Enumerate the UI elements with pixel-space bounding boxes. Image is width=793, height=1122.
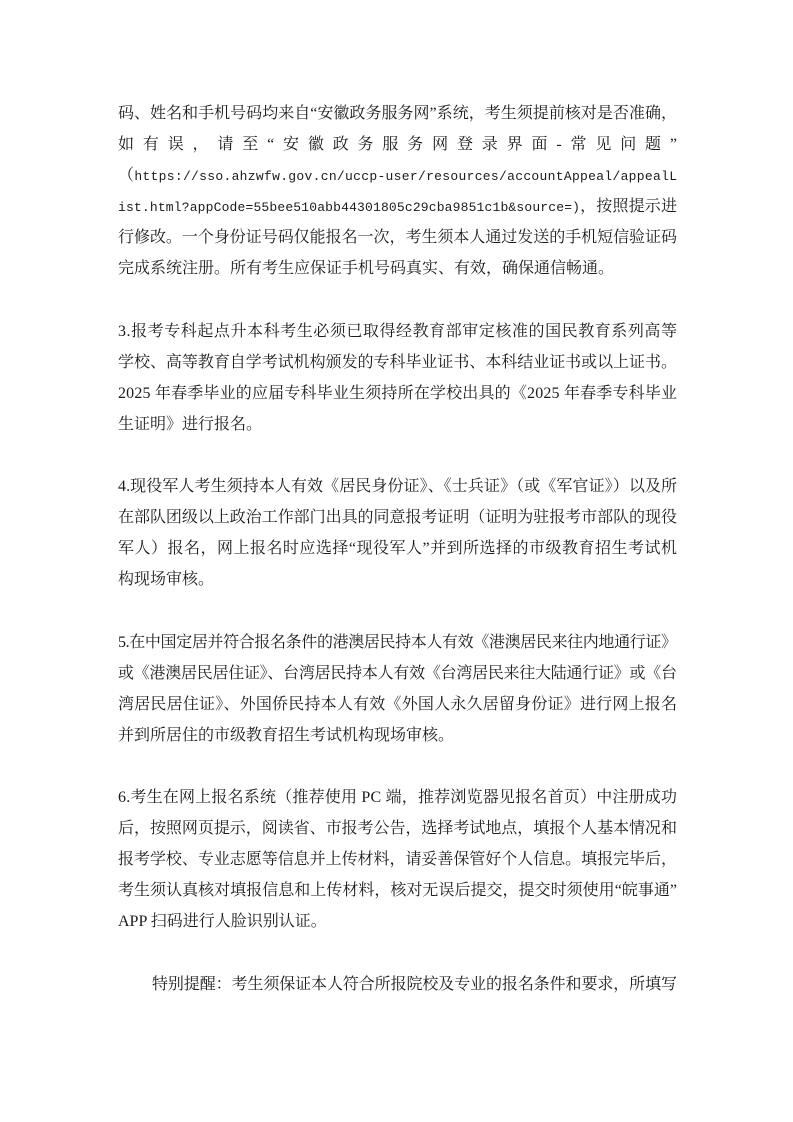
text-line: ist.html?appCode=55bee510abb44301805c29c…	[118, 191, 677, 222]
text-line: 2025 年春季毕业的应届专科毕业生须持所在学校出具的《2025 年春季专科毕业	[118, 378, 677, 409]
paragraph-account-verification: 码、姓名和手机号码均来自“安徽政务服务网”系统，考生须提前核对是否准确， 如有误…	[118, 98, 677, 285]
document-body: 码、姓名和手机号码均来自“安徽政务服务网”系统，考生须提前核对是否准确， 如有误…	[118, 98, 677, 1000]
text-line: 生证明》进行报名。	[118, 409, 677, 440]
text-line: 行修改。一个身份证号码仅能报名一次，考生须本人通过发送的手机短信验证码	[118, 222, 677, 253]
text-line: （https://sso.ahzwfw.gov.cn/uccp-user/res…	[118, 160, 677, 191]
paragraph-item-4: 4.现役军人考生须持本人有效《居民身份证》、《士兵证》（或《军官证》）以及所 在…	[118, 471, 677, 595]
text-line: 并到所居住的市级教育招生考试机构现场审核。	[118, 720, 677, 751]
paragraph-item-6: 6.考生在网上报名系统（推荐使用 PC 端，推荐浏览器见报名首页）中注册成功 后…	[118, 782, 677, 937]
text-line: 3.报考专科起点升本科考生必须已取得经教育部审定核准的国民教育系列高等	[118, 316, 677, 347]
paragraph-item-3: 3.报考专科起点升本科考生必须已取得经教育部审定核准的国民教育系列高等 学校、高…	[118, 316, 677, 440]
text-line: 或《港澳居民居住证》、台湾居民持本人有效《台湾居民来往大陆通行证》或《台	[118, 658, 677, 689]
line-suffix: ，按照提示进	[580, 198, 677, 215]
text-line: 考生须认真核对填报信息和上传材料，核对无误后提交，提交时须使用“皖事通”	[118, 875, 677, 906]
text-line: 4.现役军人考生须持本人有效《居民身份证》、《士兵证》（或《军官证》）以及所	[118, 471, 677, 502]
text-line: 5.在中国定居并符合报名条件的港澳居民持本人有效《港澳居民来往内地通行证》	[118, 627, 677, 658]
document-page: 码、姓名和手机号码均来自“安徽政务服务网”系统，考生须提前核对是否准确， 如有误…	[0, 0, 793, 1122]
text-line: 在部队团级以上政治工作部门出具的同意报考证明（证明为驻报考市部队的现役	[118, 502, 677, 533]
text-line: 后，按照网页提示，阅读省、市报考公告，选择考试地点，填报个人基本情况和	[118, 813, 677, 844]
text-line: 特别提醒：考生须保证本人符合所报院校及专业的报名条件和要求，所填写	[118, 969, 677, 1000]
url-text: https://sso.ahzwfw.gov.cn/uccp-user/reso…	[134, 169, 677, 184]
text-line: 码、姓名和手机号码均来自“安徽政务服务网”系统，考生须提前核对是否准确，	[118, 98, 677, 129]
text-line: APP 扫码进行人脸识别认证。	[118, 906, 677, 937]
text-line: 6.考生在网上报名系统（推荐使用 PC 端，推荐浏览器见报名首页）中注册成功	[118, 782, 677, 813]
text-line: 湾居民居住证》、外国侨民持本人有效《外国人永久居留身份证》进行网上报名	[118, 689, 677, 720]
text-line: 军人）报名，网上报名时应选择“现役军人”并到所选择的市级教育招生考试机	[118, 533, 677, 564]
text-line: 报考学校、专业志愿等信息并上传材料，请妥善保管好个人信息。填报完毕后，	[118, 844, 677, 875]
text-line: 如有误，请至“安徽政务服务网登录界面-常见问题”	[118, 129, 677, 160]
url-text: ist.html?appCode=55bee510abb44301805c29c…	[118, 200, 580, 215]
text-line: 完成系统注册。所有考生应保证手机号码真实、有效，确保通信畅通。	[118, 253, 677, 284]
paragraph-item-5: 5.在中国定居并符合报名条件的港澳居民持本人有效《港澳居民来往内地通行证》 或《…	[118, 627, 677, 751]
paren-open: （	[118, 167, 134, 184]
text-line: 学校、高等教育自学考试机构颁发的专科毕业证书、本科结业证书或以上证书。	[118, 347, 677, 378]
paragraph-special-reminder: 特别提醒：考生须保证本人符合所报院校及专业的报名条件和要求，所填写	[118, 969, 677, 1000]
text-line: 构现场审核。	[118, 564, 677, 595]
